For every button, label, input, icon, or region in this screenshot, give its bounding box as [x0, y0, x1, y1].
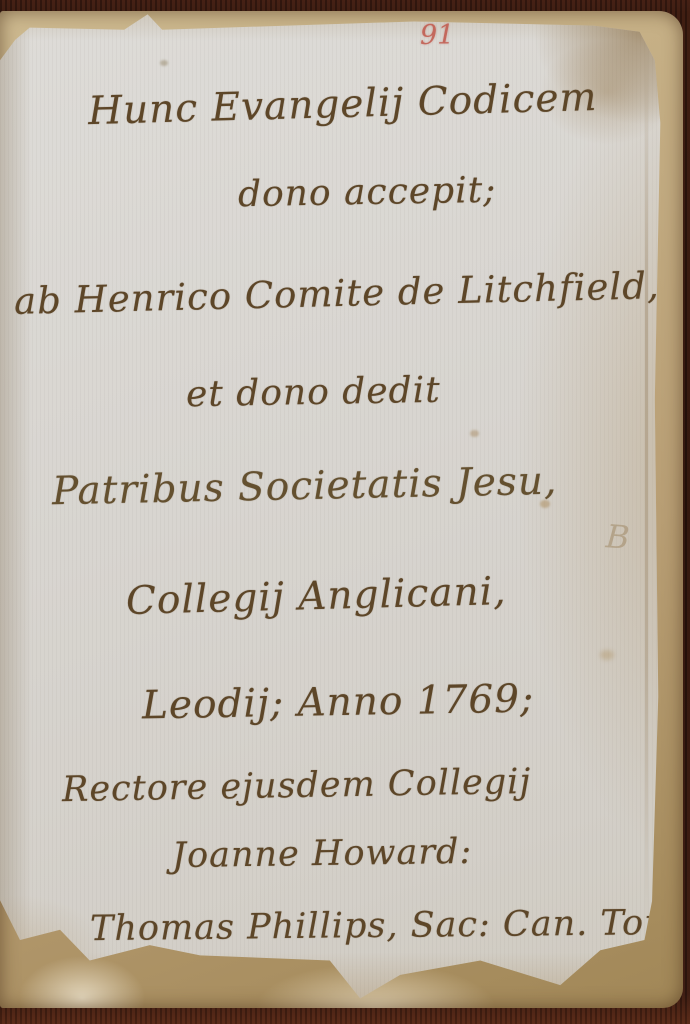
- inscription-line: et dono dedit: [186, 370, 441, 415]
- faint-edge-mark: B: [605, 517, 631, 557]
- foxing-spot: [160, 60, 168, 66]
- book-binding: 91 Hunc Evangelij Codicem dono accepit; …: [0, 0, 690, 1024]
- inscription-line: Joanne Howard:: [172, 832, 473, 876]
- inscription-line: Hunc Evangelij Codicem: [87, 75, 598, 134]
- inscription-line: Collegij Anglicani,: [125, 569, 507, 624]
- folio-number: 91: [420, 20, 454, 51]
- foxing-spot: [600, 650, 614, 660]
- page-crease: [645, 31, 648, 932]
- inscription-line: Thomas Phillips, Sac: Can. Ton.: [90, 903, 680, 949]
- inscription-line: Rectore ejusdem Collegij: [62, 762, 532, 810]
- inscription-line: Patribus Societatis Jesu,: [52, 459, 558, 515]
- inscription-line: dono accepit;: [238, 170, 497, 216]
- manuscript-page: 91 Hunc Evangelij Codicem dono accepit; …: [0, 0, 690, 1024]
- foxing-spot: [540, 500, 550, 508]
- inscription-line: Leodij; Anno 1769;: [142, 677, 535, 729]
- inscription-line: ab Henrico Comite de Litchfield,: [14, 264, 661, 323]
- foxing-spot: [470, 430, 479, 437]
